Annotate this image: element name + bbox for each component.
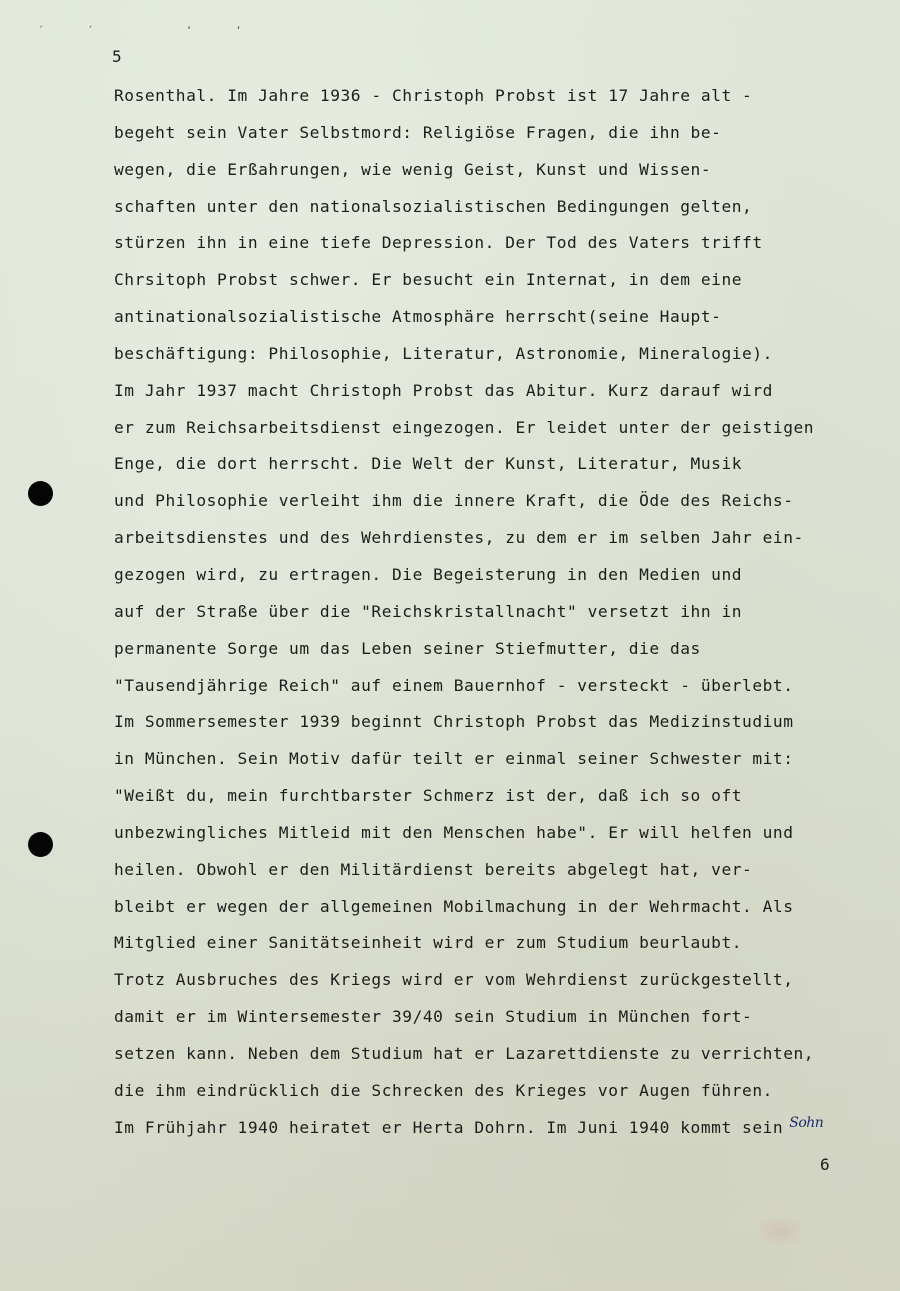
text-line: Enge, die dort herrscht. Die Welt der Ku… — [114, 453, 874, 490]
text-line: in München. Sein Motiv dafür teilt er ei… — [114, 748, 874, 785]
text-line: antinationalsozialistische Atmosphäre he… — [114, 306, 874, 343]
text-line: und Philosophie verleiht ihm die innere … — [114, 490, 874, 527]
text-line: auf der Straße über die "Reichskristalln… — [114, 601, 874, 638]
text-line: setzen kann. Neben dem Studium hat er La… — [114, 1043, 874, 1080]
text-line-last: Im Frühjahr 1940 heiratet er Herta Dohrn… — [114, 1117, 874, 1154]
text-line: Rosenthal. Im Jahre 1936 - Christoph Pro… — [114, 85, 874, 122]
hole-punch-top — [28, 481, 53, 506]
text-line: "Weißt du, mein furchtbarster Schmerz is… — [114, 785, 874, 822]
text-line: er zum Reichsarbeitsdienst eingezogen. E… — [114, 417, 874, 454]
text-line: begeht sein Vater Selbstmord: Religiöse … — [114, 122, 874, 159]
last-line-text: Im Frühjahr 1940 heiratet er Herta Dohrn… — [114, 1118, 783, 1137]
text-line: stürzen ihn in eine tiefe Depression. De… — [114, 232, 874, 269]
corner-marks: ´´ ʼʼ — [38, 26, 285, 36]
text-line: heilen. Obwohl er den Militärdienst bere… — [114, 859, 874, 896]
text-line: unbezwingliches Mitleid mit den Menschen… — [114, 822, 874, 859]
paper-page: ´´ ʼʼ 5 Rosenthal. Im Jahre 1936 - Chris… — [0, 0, 900, 1291]
text-line: permanente Sorge um das Leben seiner Sti… — [114, 638, 874, 675]
handwritten-annotation: Sohn — [789, 1115, 823, 1131]
text-line: Im Jahr 1937 macht Christoph Probst das … — [114, 380, 874, 417]
hole-punch-bottom — [28, 832, 53, 857]
text-line: schaften unter den nationalsozialistisch… — [114, 196, 874, 233]
text-line: Mitglied einer Sanitätseinheit wird er z… — [114, 932, 874, 969]
text-line: Im Sommersemester 1939 beginnt Christoph… — [114, 711, 874, 748]
text-line: Trotz Ausbruches des Kriegs wird er vom … — [114, 969, 874, 1006]
text-line: beschäftigung: Philosophie, Literatur, A… — [114, 343, 874, 380]
text-line: damit er im Wintersemester 39/40 sein St… — [114, 1006, 874, 1043]
text-line: gezogen wird, zu ertragen. Die Begeister… — [114, 564, 874, 601]
paper-stain — [760, 1218, 800, 1244]
text-line: "Tausendjährige Reich" auf einem Bauernh… — [114, 675, 874, 712]
page-number-bottom: 6 — [820, 1155, 830, 1175]
text-line: wegen, die Erßahrungen, wie wenig Geist,… — [114, 159, 874, 196]
text-line: Chrsitoph Probst schwer. Er besucht ein … — [114, 269, 874, 306]
page-number-top: 5 — [112, 47, 122, 67]
typewritten-body: Rosenthal. Im Jahre 1936 - Christoph Pro… — [114, 85, 874, 1153]
text-line: die ihm eindrücklich die Schrecken des K… — [114, 1080, 874, 1117]
text-line: bleibt er wegen der allgemeinen Mobilmac… — [114, 896, 874, 933]
text-line: arbeitsdienstes und des Wehrdienstes, zu… — [114, 527, 874, 564]
